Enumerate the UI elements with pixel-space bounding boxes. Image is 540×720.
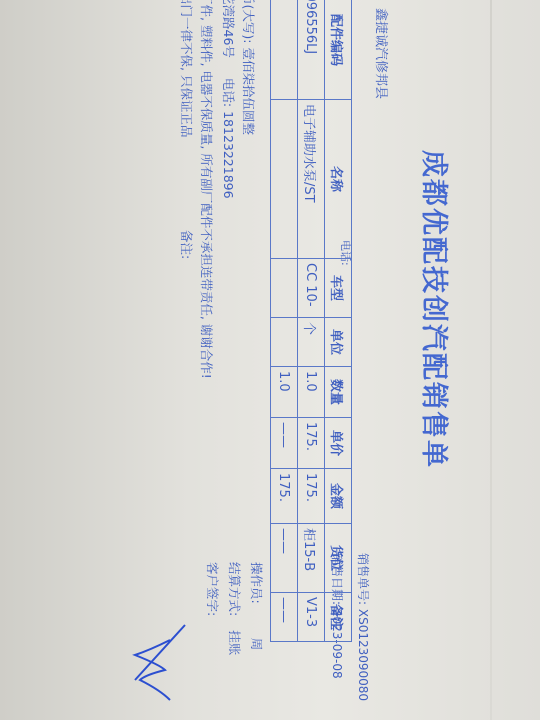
total-blank [271, 259, 298, 318]
header-qty: 数量 [325, 367, 352, 418]
contact-phone-label: 电话: [221, 78, 236, 107]
total-price: —— [271, 418, 298, 469]
cell-price: 175. [298, 418, 325, 469]
header-name: 名称 [325, 100, 352, 259]
cell-code: K096556LJ [298, 0, 325, 100]
header-note: 备注 [325, 593, 352, 642]
table-header-row: 配件编码 名称 车型 单位 数量 单价 金额 货位 备注 [325, 0, 352, 642]
operator-label: 操作员: [249, 562, 264, 604]
total-blank [271, 0, 298, 100]
total-qty: 1.0 [271, 367, 298, 418]
total-amount: 175. [271, 469, 298, 524]
disclaimer-1: 厂件, 塑料件, 电器不保质量, 所有副厂配件不承担连带责任, 谢谢合作! [198, 0, 216, 379]
items-table: 配件编码 名称 车型 单位 数量 单价 金额 货位 备注 K096556LJ 电… [270, 0, 352, 642]
operator: 操作员: 周 [248, 562, 266, 650]
totals-row: 1.0 —— 175. —— —— [271, 0, 298, 642]
address-line: 花湾路46号 电话: 18123221896 [220, 0, 238, 199]
total-note: —— [271, 593, 298, 642]
contact-phone: 18123221896 [221, 111, 236, 198]
signature-label: 客户签字: [204, 562, 222, 616]
header-unit: 单位 [325, 318, 352, 367]
order-number: 销售单号: XS0123090080 [355, 553, 372, 701]
cell-note: V1-3 [298, 593, 325, 642]
receipt-photo: 鑫捷诚汽修邦县 成都优配技创汽配销售单 销售单号: XS0123090080 销… [0, 0, 540, 720]
settlement-value: 挂账 [227, 630, 242, 655]
header-price: 单价 [325, 418, 352, 469]
customer-name: 鑫捷诚汽修邦县 [373, 8, 392, 99]
header-code: 配件编码 [325, 0, 352, 100]
total-blank [271, 318, 298, 367]
receipt-sheet: 鑫捷诚汽修邦县 成都优配技创汽配销售单 销售单号: XS0123090080 销… [0, 0, 540, 720]
header-location: 货位 [325, 524, 352, 593]
amount-in-words: 币(大写): 壹佰柒拾伍圆整 [240, 0, 258, 135]
table-row: K096556LJ 电子辅助水泵/ST CC 10- 个 1.0 175. 17… [298, 0, 325, 642]
order-number-value: XS0123090080 [356, 609, 370, 701]
cell-qty: 1.0 [298, 367, 325, 418]
amount-in-words-value: 壹佰柒拾伍圆整 [241, 47, 256, 135]
settlement: 结算方式: 挂账 [226, 562, 244, 655]
cell-amount: 175. [298, 469, 325, 524]
address: 花湾路46号 [221, 0, 236, 58]
receipt-title: 成都优配技创汽配销售单 [417, 150, 456, 469]
cell-location: 柜15-B [298, 524, 325, 593]
header-model: 车型 [325, 259, 352, 318]
customer-signature [130, 620, 190, 720]
cell-name: 电子辅助水泵/ST [298, 100, 325, 259]
header-amount: 金额 [325, 469, 352, 524]
disclaimer-2: 出门一律不保, 只保证正品 [178, 0, 196, 137]
total-location: —— [271, 524, 298, 593]
cell-unit: 个 [298, 318, 325, 367]
order-number-label: 销售单号: [356, 553, 370, 605]
cell-model: CC 10- [298, 259, 325, 318]
operator-value: 周 [249, 638, 264, 651]
amount-in-words-label: 币(大写): [241, 0, 256, 43]
remark-label: 备注: [178, 230, 196, 259]
settlement-label: 结算方式: [227, 562, 242, 616]
total-blank [271, 100, 298, 259]
